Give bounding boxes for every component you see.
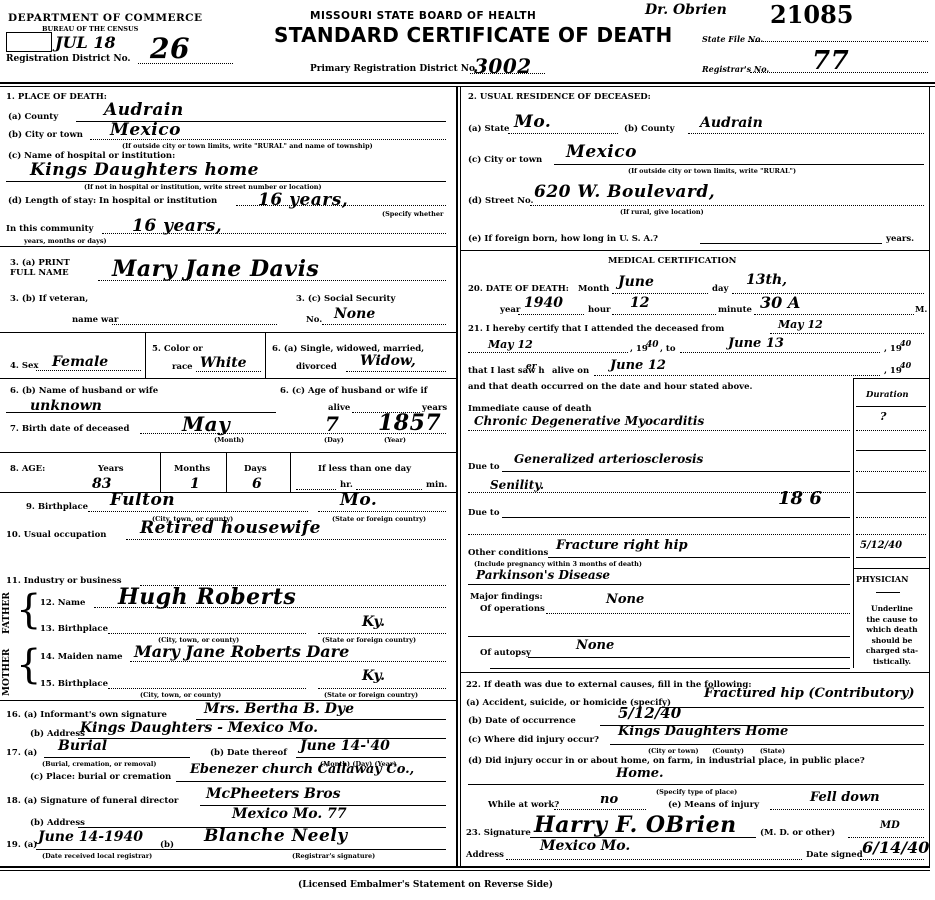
from-year-value: 40 bbox=[646, 340, 659, 350]
due-to-1-line2: Senility. bbox=[490, 478, 544, 492]
burial-date-label: (b) Date thereof bbox=[210, 748, 287, 758]
spouse-label: 6. (b) Name of husband or wife bbox=[10, 386, 158, 396]
burial-place-label: (c) Place: burial or cremation bbox=[30, 772, 171, 782]
age-hr-label: hr. bbox=[340, 480, 353, 490]
ssn-no-label: No. bbox=[306, 315, 322, 325]
registrar-date-note: (Date received local registrar) bbox=[42, 852, 152, 860]
birthplace-city-value: Fulton bbox=[110, 490, 175, 510]
medical-heading: MEDICAL CERTIFICATION bbox=[608, 256, 736, 266]
means-of-injury-value: Fell down bbox=[810, 790, 880, 805]
md-value: MD bbox=[880, 820, 900, 831]
informant-label: 16. (a) Informant's own signature bbox=[6, 710, 167, 720]
death-month-value: June bbox=[618, 274, 654, 290]
burial-type-note: (Burial, cremation, or removal) bbox=[42, 760, 156, 768]
registrar-number-value: 77 bbox=[812, 46, 849, 76]
other-conditions-note: (Include pregnancy within 3 months of de… bbox=[474, 560, 642, 568]
duration-header: Duration bbox=[866, 390, 909, 400]
death-county-label: (a) County bbox=[8, 112, 58, 122]
birth-day-value: 7 bbox=[325, 412, 339, 436]
other-conditions-label: Other conditions bbox=[468, 548, 548, 558]
death-minute-suffix: M. bbox=[915, 305, 927, 315]
age-days-header: Days bbox=[244, 464, 267, 474]
burial-type-value: Burial bbox=[58, 738, 107, 754]
registrar-sig-note: (Registrar's signature) bbox=[292, 852, 375, 860]
specify-note: (Specify whether bbox=[382, 210, 443, 218]
veteran-label: 3. (b) If veteran, bbox=[10, 294, 88, 304]
mother-maiden-value: Mary Jane Roberts Dare bbox=[134, 642, 349, 661]
primary-district-label: Primary Registration District No. bbox=[310, 64, 478, 74]
birth-day-note: (Day) bbox=[324, 436, 344, 444]
due-to-2-mark: 18 6 bbox=[778, 488, 822, 509]
birth-month-value: May bbox=[182, 412, 230, 436]
residence-state-label: (a) State bbox=[468, 124, 509, 134]
operations-value: None bbox=[606, 592, 644, 607]
file-number: 21085 bbox=[770, 0, 854, 29]
death-city-label: (b) City or town bbox=[8, 130, 83, 140]
physician-signature-label: 23. Signature bbox=[466, 828, 531, 838]
foreign-born-suffix: years. bbox=[886, 234, 914, 244]
marital-value: Widow, bbox=[360, 353, 416, 369]
injury-location-value: Kings Daughters Home bbox=[618, 724, 788, 739]
funeral-address-value: Mexico Mo. 77 bbox=[232, 806, 347, 822]
board-heading: MISSOURI STATE BOARD OF HEALTH bbox=[310, 10, 536, 22]
color-label: 5. Color or bbox=[152, 344, 203, 354]
immediate-duration: ? bbox=[880, 410, 886, 423]
death-hour-label: hour bbox=[588, 305, 611, 315]
physician-annotation: Dr. Obrien bbox=[645, 2, 727, 18]
occurrence-date-value: 5/12/40 bbox=[618, 704, 681, 722]
death-month-label: Month bbox=[578, 284, 609, 294]
father-name-value: Hugh Roberts bbox=[118, 584, 296, 610]
while-at-work-label: While at work? bbox=[488, 800, 559, 810]
received-stamp: JUL 18 bbox=[55, 33, 116, 52]
to-label: , to bbox=[660, 344, 676, 354]
birth-month-note: (Month) bbox=[214, 436, 244, 444]
funeral-director-value: McPheeters Bros bbox=[206, 786, 340, 802]
to-year-value: 40 bbox=[900, 338, 911, 348]
while-at-work-value: no bbox=[600, 792, 618, 807]
registrar-a-label: 19. (a) bbox=[6, 840, 37, 850]
father-brace: { bbox=[16, 590, 41, 630]
age-days-value: 6 bbox=[252, 476, 262, 492]
burial-place-value: Ebenezer church Callaway Co., bbox=[190, 762, 414, 777]
burial-type-label: 17. (a) bbox=[6, 748, 37, 758]
birth-year-value: 1857 bbox=[378, 410, 441, 436]
spouse-value: unknown bbox=[30, 398, 102, 414]
occurred-text: and that death occurred on the date and … bbox=[468, 382, 752, 392]
operations-label: Of operations bbox=[480, 604, 545, 614]
autopsy-label: Of autopsy bbox=[480, 648, 531, 658]
autopsy-value: None bbox=[576, 638, 614, 653]
hospital-value: Kings Daughters home bbox=[30, 160, 259, 180]
other-conditions-line2: Parkinson's Disease bbox=[476, 568, 610, 582]
spouse-age-label: 6. (c) Age of husband or wife if bbox=[280, 386, 427, 396]
age-months-value: 1 bbox=[190, 476, 200, 492]
death-county-value: Audrain bbox=[104, 100, 184, 120]
death-city-note: (If outside city or town limits, write "… bbox=[122, 142, 373, 150]
funeral-address-label: (b) Address bbox=[30, 818, 85, 828]
injury-location-note: (City or town) (County) (State) bbox=[648, 747, 785, 755]
physician-heading: PHYSICIAN bbox=[856, 574, 908, 584]
injury-location-label: (c) Where did injury occur? bbox=[468, 735, 599, 745]
last-saw-pronoun: er bbox=[526, 362, 536, 372]
birth-date-label: 7. Birth date of deceased bbox=[10, 424, 129, 434]
immediate-cause-value: Chronic Degenerative Myocarditis bbox=[474, 414, 704, 428]
immediate-cause-label: Immediate cause of death bbox=[468, 404, 592, 414]
race-value: White bbox=[200, 355, 247, 371]
father-birthplace-label: 13. Birthplace bbox=[40, 624, 108, 634]
attended-to-value: June 13 bbox=[728, 336, 784, 351]
informant-address-value: Kings Daughters - Mexico Mo. bbox=[80, 720, 318, 736]
divorced-label: divorced bbox=[296, 362, 337, 372]
death-hour-value: 12 bbox=[630, 295, 649, 311]
residence-street-note: (If rural, give location) bbox=[620, 208, 704, 216]
mother-birthplace-value: Ky. bbox=[362, 668, 385, 684]
received-stamp-box bbox=[6, 32, 52, 52]
father-birthplace-value: Ky. bbox=[362, 614, 385, 630]
state-file-label: State File No. bbox=[702, 34, 763, 44]
occurrence-date-label: (b) Date of occurrence bbox=[468, 716, 576, 726]
residence-county-value: Audrain bbox=[700, 115, 763, 131]
stay-value: 16 years, bbox=[258, 190, 348, 210]
md-label: (M. D. or other) bbox=[760, 828, 835, 838]
injury-place-label: (d) Did injury occur in or about home, o… bbox=[468, 756, 865, 766]
residence-city-label: (c) City or town bbox=[468, 155, 542, 165]
residence-county-label: (b) County bbox=[624, 124, 675, 134]
due-to-1-label: Due to bbox=[468, 462, 500, 472]
death-city-value: Mexico bbox=[110, 120, 181, 140]
registration-district-value: 26 bbox=[150, 32, 190, 65]
birthplace-state-value: Mo. bbox=[340, 490, 377, 510]
mother-brace: { bbox=[16, 645, 41, 685]
father-side-label: FATHER bbox=[2, 590, 12, 634]
registrar-date-value: June 14-1940 bbox=[38, 829, 143, 845]
birthplace-label: 9. Birthplace bbox=[26, 502, 88, 512]
full-name-label: 3. (a) PRINT FULL NAME bbox=[10, 258, 90, 278]
registrar-signature: Blanche Neely bbox=[204, 826, 348, 846]
last-saw-value: June 12 bbox=[610, 358, 666, 373]
birth-year-note: (Year) bbox=[384, 436, 406, 444]
death-year-value: 1940 bbox=[524, 295, 563, 311]
death-day-label: day bbox=[712, 284, 728, 294]
ssn-value: None bbox=[334, 306, 375, 322]
accident-value: Fractured hip (Contributory) bbox=[704, 686, 915, 701]
age-less-header: If less than one day bbox=[318, 464, 411, 474]
community-note: years, months or days) bbox=[24, 237, 107, 245]
sex-label: 4. Sex bbox=[10, 361, 38, 371]
father-name-label: 12. Name bbox=[40, 598, 85, 608]
informant-signature: Mrs. Bertha B. Dye bbox=[204, 701, 354, 717]
due-to-1-value: Generalized arteriosclerosis bbox=[514, 452, 703, 466]
attended-from-value: May 12 bbox=[778, 318, 823, 331]
mother-maiden-label: 14. Maiden name bbox=[40, 652, 122, 662]
residence-street-value: 620 W. Boulevard, bbox=[534, 182, 715, 202]
major-findings-label: Major findings: bbox=[470, 592, 543, 602]
physician-address-label: Address bbox=[466, 850, 504, 860]
foreign-born-label: (e) If foreign born, how long in U. S. A… bbox=[468, 234, 658, 244]
occupation-label: 10. Usual occupation bbox=[6, 530, 106, 540]
residence-street-label: (d) Street No. bbox=[468, 196, 533, 206]
full-name-value: Mary Jane Davis bbox=[112, 256, 319, 282]
mother-side-label: MOTHER bbox=[2, 644, 12, 696]
death-minute-label: minute bbox=[718, 305, 752, 315]
bureau-heading: BUREAU OF THE CENSUS bbox=[42, 25, 138, 33]
physician-note: Underline the cause to which death shoul… bbox=[856, 604, 928, 667]
death-minute-value: 30 A bbox=[760, 293, 800, 312]
residence-state-value: Mo. bbox=[514, 112, 551, 132]
age-years-header: Years bbox=[98, 464, 124, 474]
age-min-label: min. bbox=[426, 480, 447, 490]
department-heading: DEPARTMENT OF COMMERCE bbox=[8, 12, 203, 24]
due-to-2-label: Due to bbox=[468, 508, 500, 518]
date-signed-value: 6/14/40 bbox=[862, 838, 929, 857]
residence-heading: 2. USUAL RESIDENCE OF DECEASED: bbox=[468, 92, 651, 102]
residence-city-value: Mexico bbox=[566, 142, 637, 162]
footer-note: (Licensed Embalmer's Statement on Revers… bbox=[298, 880, 553, 890]
age-label: 8. AGE: bbox=[10, 464, 45, 474]
attended-from-line2: May 12 bbox=[488, 338, 533, 351]
occupation-value: Retired housewife bbox=[140, 518, 321, 538]
community-label: In this community bbox=[6, 224, 93, 234]
death-date-label: 20. DATE OF DEATH: bbox=[468, 284, 569, 294]
physician-signature-value: Harry F. OBrien bbox=[534, 812, 737, 838]
registrar-b-label: (b) bbox=[160, 840, 174, 850]
ssn-label: 3. (c) Social Security bbox=[296, 294, 395, 304]
injury-place-note: (Specify type of place) bbox=[656, 788, 737, 796]
last-saw-year-value: 40 bbox=[900, 360, 911, 370]
place-of-death-heading: 1. PLACE OF DEATH: bbox=[6, 92, 107, 102]
race-label: race bbox=[172, 362, 193, 372]
industry-label: 11. Industry or business bbox=[6, 576, 122, 586]
mother-city-note: (City, town, or county) bbox=[140, 691, 221, 699]
sex-value: Female bbox=[52, 354, 108, 370]
certificate-title: STANDARD CERTIFICATE OF DEATH bbox=[274, 23, 673, 47]
funeral-director-label: 18. (a) Signature of funeral director bbox=[6, 796, 178, 806]
other-conditions-value: Fracture right hip bbox=[556, 538, 688, 553]
means-of-injury-label: (e) Means of injury bbox=[668, 800, 759, 810]
mother-birthplace-label: 15. Birthplace bbox=[40, 679, 108, 689]
registration-district-label: Registration District No. bbox=[6, 54, 131, 64]
death-day-value: 13th, bbox=[746, 272, 787, 288]
certify-label: 21. I hereby certify that I attended the… bbox=[468, 324, 724, 334]
stay-label: (d) Length of stay: In hospital or insti… bbox=[8, 196, 217, 206]
burial-date-value: June 14-'40 bbox=[300, 738, 390, 754]
residence-city-note: (If outside city or town limits, write "… bbox=[628, 167, 796, 175]
birthplace-state-note: (State or foreign country) bbox=[332, 515, 426, 523]
alive-on-label: alive on bbox=[552, 366, 589, 376]
primary-district-value: 3002 bbox=[474, 54, 532, 78]
age-months-header: Months bbox=[174, 464, 210, 474]
date-signed-label: Date signed bbox=[806, 850, 863, 860]
age-years-value: 83 bbox=[92, 476, 111, 492]
physician-address-value: Mexico Mo. bbox=[540, 838, 630, 854]
injury-place-value: Home. bbox=[616, 766, 664, 781]
mother-state-note: (State or foreign country) bbox=[324, 691, 418, 699]
community-value: 16 years, bbox=[132, 216, 222, 236]
other-conditions-duration: 5/12/40 bbox=[860, 540, 902, 551]
